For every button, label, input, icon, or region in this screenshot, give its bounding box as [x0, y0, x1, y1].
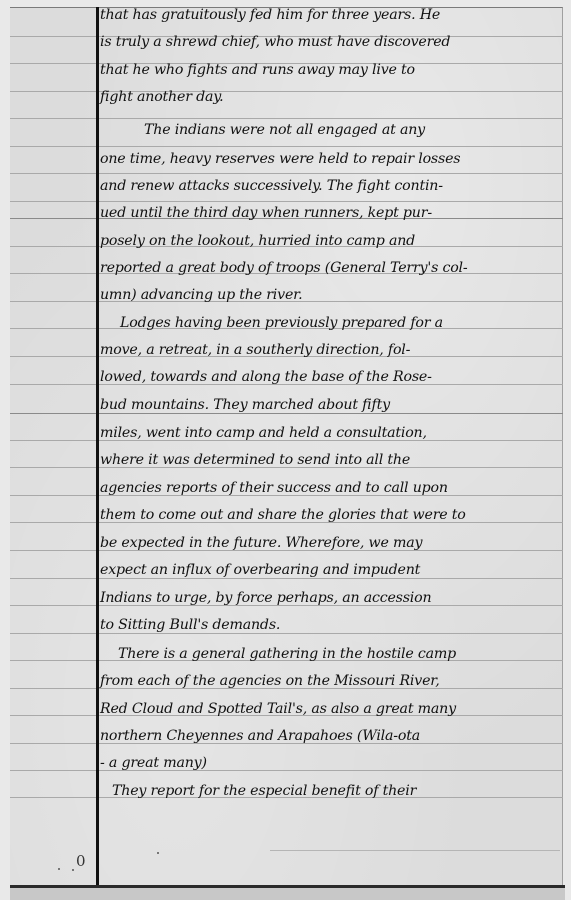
text-line: where it was determined to send into all… — [100, 447, 410, 474]
ink-speck — [157, 852, 159, 854]
text-line: They report for the especial benefit of … — [112, 778, 416, 805]
ruled-line — [10, 633, 563, 634]
ink-speck — [72, 869, 74, 871]
text-line: umn) advancing up the river. — [100, 282, 302, 309]
text-line: and renew attacks successively. The figh… — [100, 173, 443, 200]
ruled-line — [270, 850, 560, 851]
text-line: expect an influx of overbearing and impu… — [100, 557, 420, 584]
text-line: that he who fights and runs away may liv… — [100, 57, 415, 84]
page-number-mark: 0 — [76, 852, 86, 870]
text-line: reported a great body of troops (General… — [100, 255, 467, 282]
text-line: Lodges having been previously prepared f… — [120, 310, 443, 337]
text-line: posely on the lookout, hurried into camp… — [100, 228, 415, 255]
text-line: from each of the agencies on the Missour… — [100, 668, 440, 695]
text-line: is truly a shrewd chief, who must have d… — [100, 29, 450, 56]
text-line: bud mountains. They marched about fifty — [100, 392, 390, 419]
text-line: fight another day. — [100, 84, 223, 111]
ruled-line — [10, 91, 563, 92]
ruled-line — [10, 770, 563, 771]
text-line: agencies reports of their success and to… — [100, 475, 448, 502]
text-line: that has gratuitously fed him for three … — [100, 2, 440, 29]
text-line: them to come out and share the glories t… — [100, 502, 466, 529]
text-line: - a great many) — [100, 750, 207, 777]
text-line: lowed, towards and along the base of the… — [100, 364, 432, 391]
text-line: be expected in the future. Wherefore, we… — [100, 530, 422, 557]
text-line: ued until the third day when runners, ke… — [100, 200, 432, 227]
text-line: northern Cheyennes and Arapahoes (Wila-o… — [100, 723, 420, 750]
ink-speck — [58, 868, 60, 870]
text-line: move, a retreat, in a southerly directio… — [100, 337, 410, 364]
text-line: miles, went into camp and held a consult… — [100, 420, 427, 447]
margin-rule — [96, 7, 99, 900]
page-bottom-strip — [10, 888, 565, 900]
text-line: Indians to urge, by force perhaps, an ac… — [100, 585, 431, 612]
text-line: There is a general gathering in the host… — [118, 641, 456, 668]
text-line: Red Cloud and Spotted Tail's, as also a … — [100, 696, 456, 723]
text-line: to Sitting Bull's demands. — [100, 612, 280, 639]
text-line: one time, heavy reserves were held to re… — [100, 146, 460, 173]
text-line: The indians were not all engaged at any — [144, 117, 425, 144]
